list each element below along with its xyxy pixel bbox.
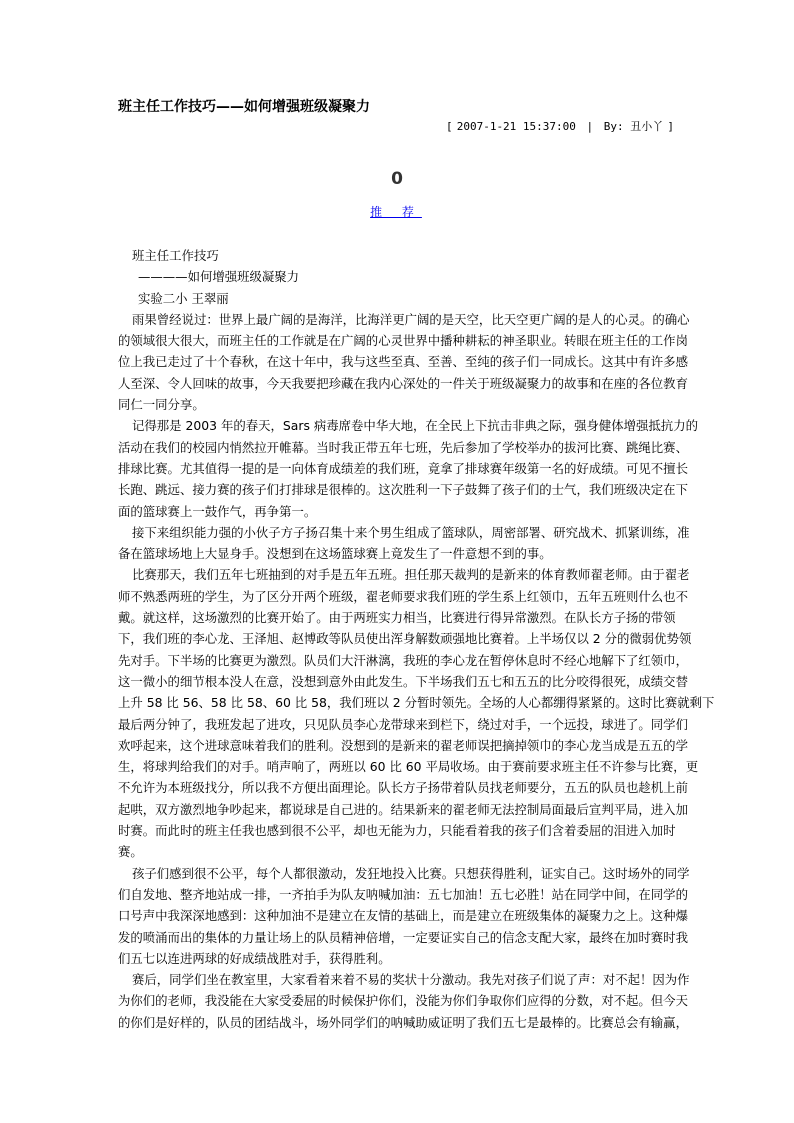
body-text-line: 接下来组织能力强的小伙子方子扬召集十来个男生组成了篮球队，周密部署、研究战术、抓…: [118, 522, 676, 543]
body-text-line: 为你们的老师，我没能在大家受委屈的时候保护你们，没能为你们争取你们应得的分数，对…: [118, 990, 676, 1011]
document-page: 班主任工作技巧——如何增强班级凝聚力 [ 2007-1-21 15:37:00 …: [0, 0, 794, 1123]
body-text-line: 时赛。而此时的班主任我也感到很不公平，却也无能为力，只能看着我的孩子们含着委屈的…: [118, 820, 676, 841]
meta-separator: |: [583, 120, 598, 133]
body-text-line: 发的喷涌而出的集体的力量让场上的队员精神倍增，一定要证实自己的信念支配大家，最终…: [118, 927, 676, 948]
body-text-line: 孩子们感到很不公平，每个人都很激动，发狂地投入比赛。只想获得胜利，证实自己。这时…: [118, 863, 676, 884]
body-text-line: 赛。: [118, 841, 676, 862]
meta-close-bracket: ]: [667, 119, 674, 134]
body-text-line: 比赛那天，我们五年七班抽到的对手是五年五班。担任那天裁判的是新来的体育教师翟老师…: [118, 564, 676, 585]
body-text-line: 活动在我们的校园内悄然拉开帷幕。当时我正带五年七班，先后参加了学校举办的拔河比赛…: [118, 437, 676, 458]
body-paragraphs: 雨果曾经说过：世界上最广阔的是海洋，比海洋更广阔的是天空，比天空更广阔的是人的心…: [118, 309, 676, 1033]
heading-line-title: 班主任工作技巧: [118, 245, 676, 266]
meta-author: 丑小丫: [630, 120, 663, 133]
body-text-line: 备在篮球场地上大显身手。没想到在这场篮球赛上竟发生了一件意想不到的事。: [118, 543, 676, 564]
meta-open-bracket: [: [446, 119, 453, 134]
body-text-line: 人至深、令人回味的故事，今天我要把珍藏在我内心深处的一件关于班级凝聚力的故事和在…: [118, 373, 676, 394]
heading-line-author: 实验二小 王翠丽: [118, 288, 676, 309]
body-text-line: 欢呼起来，这个进球意味着我们的胜利。没想到的是新来的翟老师误把摘掉领巾的李心龙当…: [118, 735, 676, 756]
body-text-line: 师不熟悉两班的学生，为了区分开两个班级，翟老师要求我们班的学生系上红领巾，五年五…: [118, 586, 676, 607]
body-text-line: 雨果曾经说过：世界上最广阔的是海洋，比海洋更广阔的是天空，比天空更广阔的是人的心…: [118, 309, 676, 330]
recommend-count: 0: [0, 168, 794, 190]
body-text-line: 的你们是好样的，队员的团结战斗，场外同学们的呐喊助威证明了我们五七是最棒的。比赛…: [118, 1012, 676, 1033]
body-text-line: 位上我已走过了十个春秋，在这十年中，我与这些至真、至善、至纯的孩子们一同成长。这…: [118, 351, 676, 372]
body-text-line: 最后两分钟了，我班发起了进攻，只见队员李心龙带球来到栏下，绕过对手，一个远投，球…: [118, 714, 676, 735]
recommend-link[interactable]: 推 荐: [370, 205, 424, 219]
body-text-line: 起哄，双方激烈地争吵起来，都说球是自己进的。结果新来的翟老师无法控制局面最后宣判…: [118, 799, 676, 820]
recommend-row: 推 荐: [0, 204, 794, 220]
body-text-line: 戴。就这样，这场激烈的比赛开始了。由于两班实力相当，比赛进行得异常激烈。在队长方…: [118, 607, 676, 628]
body-text-line: 同仁一同分享。: [118, 394, 676, 415]
body-text-line: 赛后，同学们坐在教室里，大家看着来着不易的奖状十分激动。我先对孩子们说了声：对不…: [118, 969, 676, 990]
body-text-line: 生，将球判给我们的对手。哨声响了，两班以 60 比 60 平局收场。由于赛前要求…: [118, 756, 676, 777]
body-text-line: 先对手。下半场的比赛更为激烈。队员们大汗淋漓，我班的李心龙在暂停休息时不经心地解…: [118, 650, 676, 671]
heading-line-subtitle: ————如何增强班级凝聚力: [118, 266, 676, 287]
article-title: 班主任工作技巧——如何增强班级凝聚力: [118, 98, 370, 116]
body-text-line: 长跑、跳远、接力赛的孩子们打排球是很棒的。这次胜利一下子鼓舞了孩子们的士气，我们…: [118, 479, 676, 500]
body-text-line: 上升 58 比 56、58 比 58、60 比 58，我们班以 2 分暂时领先。…: [118, 692, 676, 713]
body-text-line: 不允许为本班级找分，所以我不方便出面理论。队长方子扬带着队员找老师要分，五五的队…: [118, 777, 676, 798]
meta-by-label: By:: [604, 120, 624, 133]
body-text-line: 这一微小的细节根本没人在意，没想到意外由此发生。下半场我们五七和五五的比分咬得很…: [118, 671, 676, 692]
article-body: 班主任工作技巧 ————如何增强班级凝聚力 实验二小 王翠丽 雨果曾经说过：世界…: [118, 245, 676, 1033]
body-text-line: 口号声中我深深地感到：这种加油不是建立在友情的基础上，而是建立在班级集体的凝聚力…: [118, 905, 676, 926]
body-text-line: 排球比赛。尤其值得一提的是一向体育成绩差的我们班，竟拿了排球赛年级第一名的好成绩…: [118, 458, 676, 479]
article-meta: [ 2007-1-21 15:37:00 | By: 丑小丫 ]: [446, 119, 674, 134]
meta-datetime: 2007-1-21 15:37:00: [457, 120, 576, 133]
body-text-line: 们自发地、整齐地站成一排，一齐拍手为队友呐喊加油：五七加油！五七必胜！站在同学中…: [118, 884, 676, 905]
body-text-line: 的领域很大很大，而班主任的工作就是在广阔的心灵世界中播种耕耘的神圣职业。转眼在班…: [118, 330, 676, 351]
body-text-line: 面的篮球赛上一鼓作气，再争第一。: [118, 501, 676, 522]
body-text-line: 们五七以连进两球的好成绩战胜对手，获得胜利。: [118, 948, 676, 969]
body-text-line: 记得那是 2003 年的春天，Sars 病毒席卷中华大地，在全民上下抗击非典之际…: [118, 415, 676, 436]
body-text-line: 下，我们班的李心龙、王泽旭、赵博政等队员使出浑身解数顽强地比赛着。上半场仅以 2…: [118, 628, 676, 649]
